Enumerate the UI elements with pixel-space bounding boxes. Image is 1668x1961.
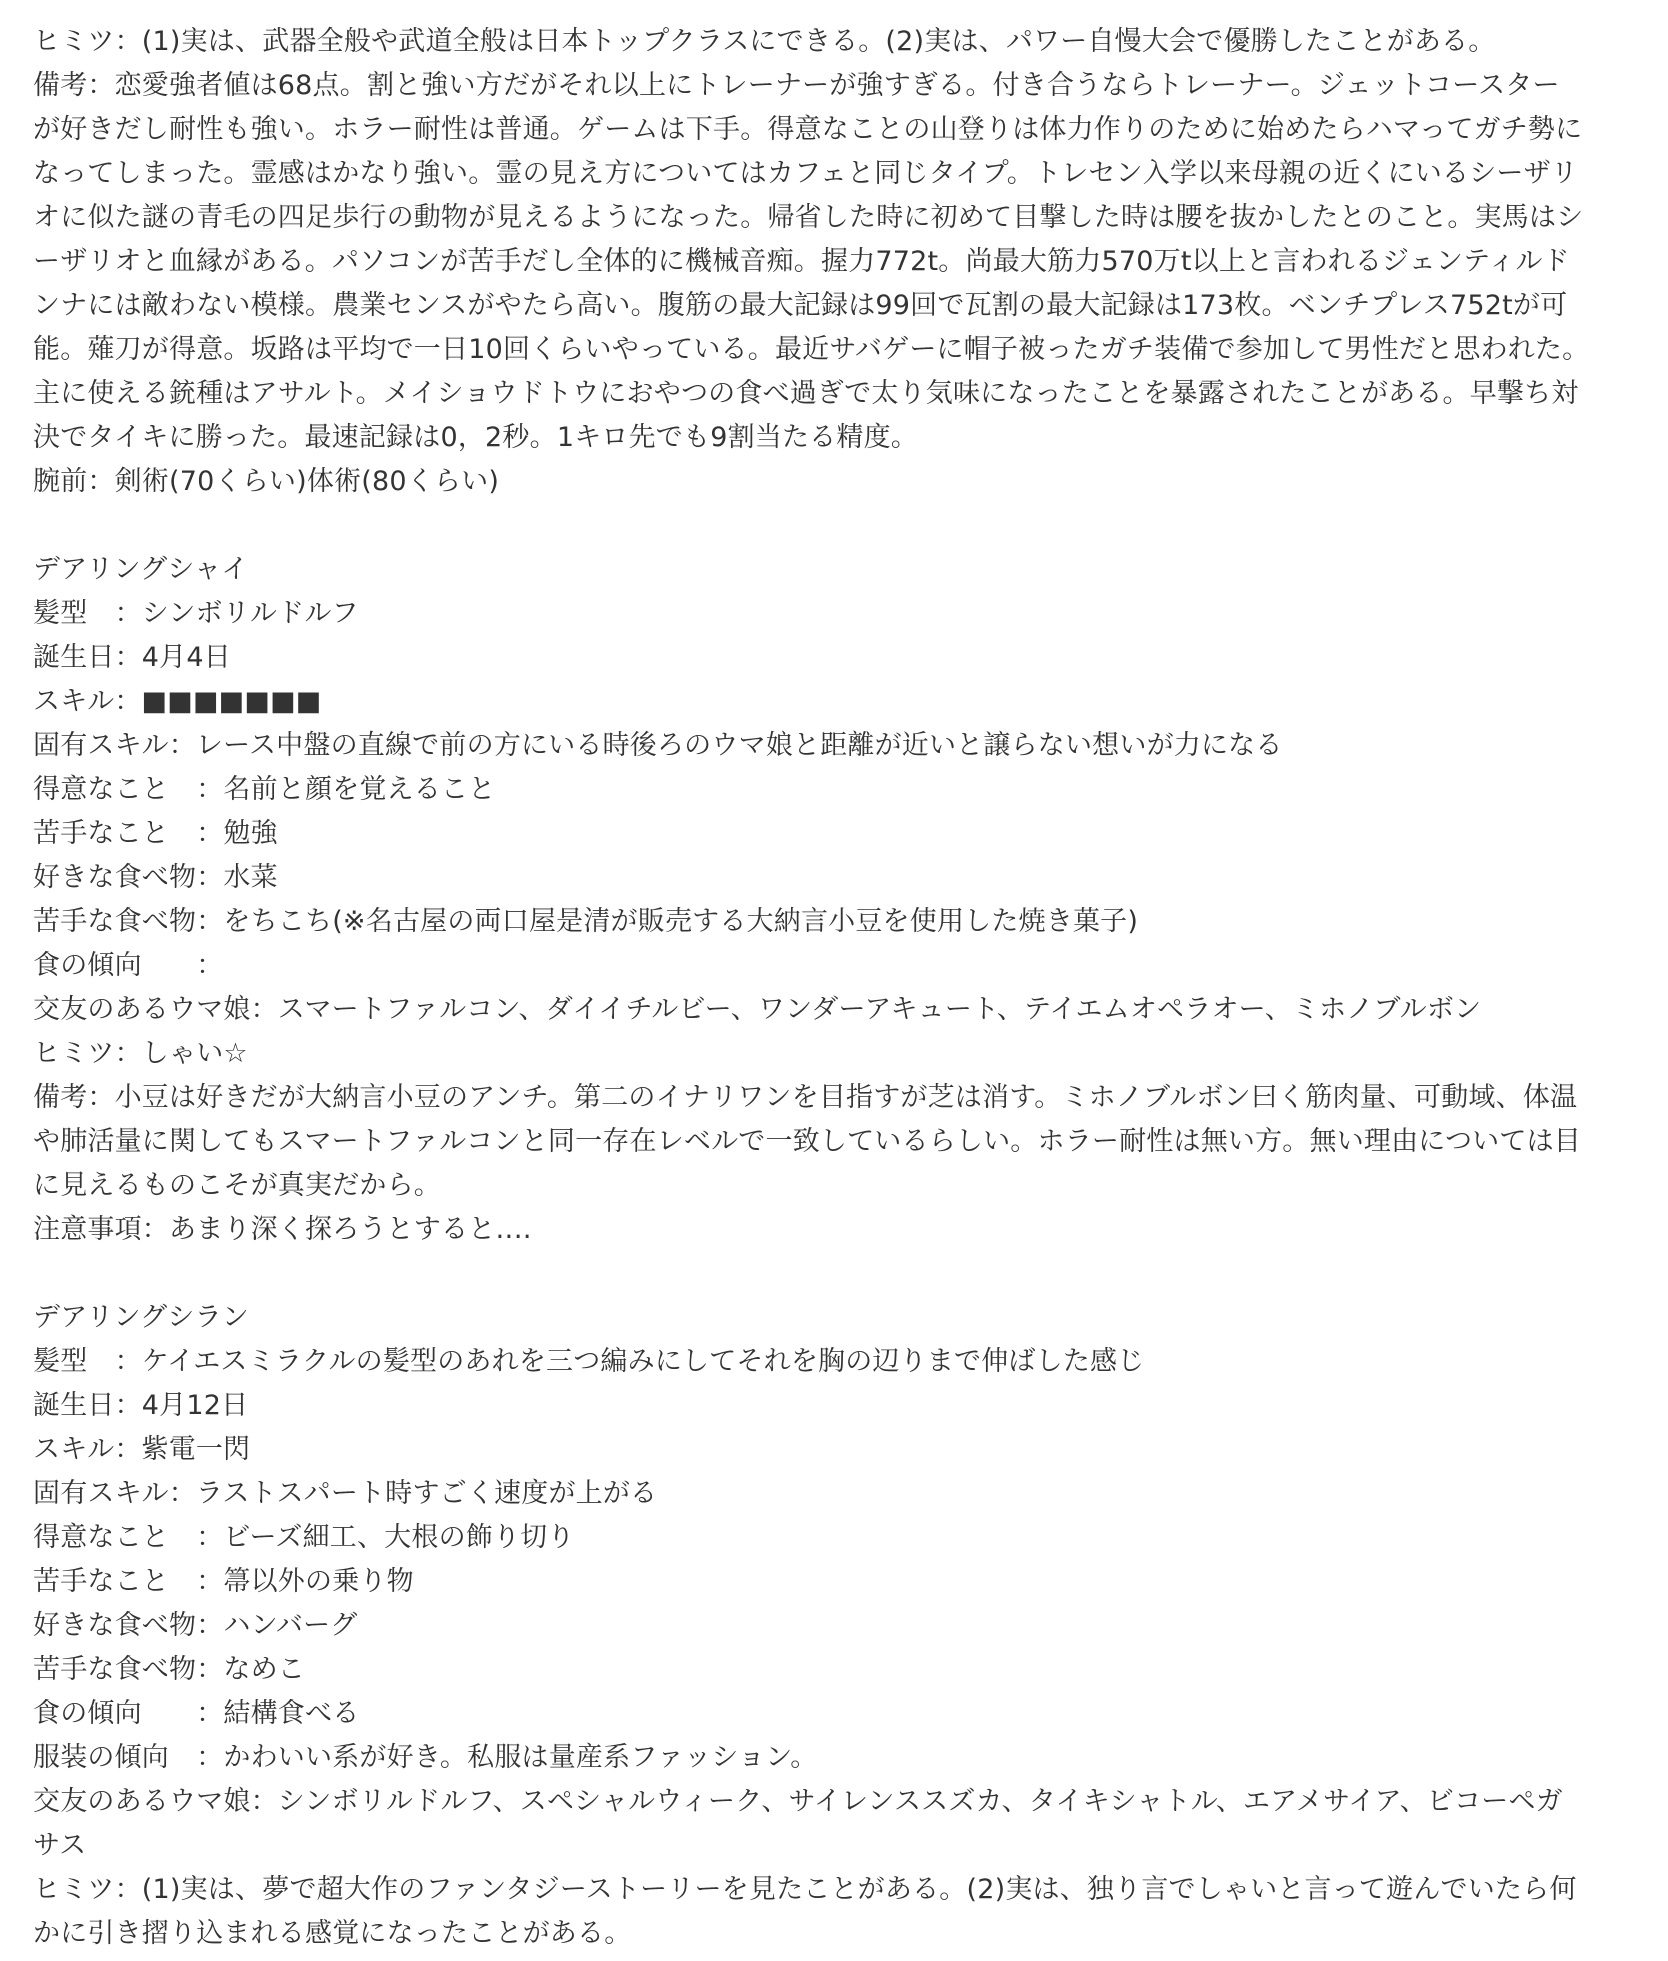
unique-skill-line: 固有スキル：レース中盤の直線で前の方にいる時後ろのウマ娘と距離が近いと譲らない想… [33,724,1643,768]
character-name: デアリングシラン [33,1296,1643,1340]
notes-line: なってしまった。霊感はかなり強い。霊の見え方についてはカフェと同じタイプ。トレセ… [33,152,1643,196]
document-body: ヒミツ：(1)実は、武器全般や武道全般は日本トップクラスにできる。(2)実は、パ… [33,20,1643,1956]
notes-line: ーザリオと血縁がある。パソコンが苦手だし全体的に機械音痴。握力772t。尚最大筋… [33,240,1643,284]
skill-line: スキル：紫電一閃 [33,1428,1643,1472]
unique-skill-line: 固有スキル：ラストスパート時すごく速度が上がる [33,1472,1643,1516]
character-section-3: デアリングシラン 髪型 ：ケイエスミラクルの髪型のあれを三つ編みにしてそれを胸の… [33,1296,1643,1956]
notes-line: 能。薙刀が得意。坂路は平均で一日10回くらいやっている。最近サバゲーに帽子被った… [33,328,1643,372]
favorite-food-line: 好きな食べ物：ハンバーグ [33,1604,1643,1648]
character-section-2: デアリングシャイ 髪型 ：シンボリルドルフ 誕生日：4月4日 スキル：■■■■■… [33,548,1643,1252]
notes-line: 決でタイキに勝った。最速記録は0，2秒。1キロ先でも9割当たる精度。 [33,416,1643,460]
spacer [33,1252,1643,1296]
notes-line: 備考：小豆は好きだが大納言小豆のアンチ。第二のイナリワンを目指すが芝は消す。ミホ… [33,1076,1643,1120]
disliked-food-line: 苦手な食べ物：なめこ [33,1648,1643,1692]
birthday-line: 誕生日：4月4日 [33,636,1643,680]
good-at-line: 得意なこと ：名前と顔を覚えること [33,768,1643,812]
secret-line: かに引き摺り込まれる感覚になったことがある。 [33,1912,1643,1956]
notes-line: や肺活量に関してもスマートファルコンと同一存在レベルで一致しているらしい。ホラー… [33,1120,1643,1164]
favorite-food-line: 好きな食べ物：水菜 [33,856,1643,900]
bad-at-line: 苦手なこと ：箒以外の乗り物 [33,1560,1643,1604]
notes-line: 備考：恋愛強者値は68点。割と強い方だがそれ以上にトレーナーが強すぎる。付き合う… [33,64,1643,108]
skill-level-line: 腕前：剣術(70くらい)体術(80くらい) [33,460,1643,504]
bad-at-line: 苦手なこと ：勉強 [33,812,1643,856]
fashion-line: 服装の傾向 ：かわいい系が好き。私服は量産系ファッション。 [33,1736,1643,1780]
notes-line: が好きだし耐性も強い。ホラー耐性は普通。ゲームは下手。得意なことの山登りは体力作… [33,108,1643,152]
spacer [33,504,1643,548]
character-section-1: ヒミツ：(1)実は、武器全般や武道全般は日本トップクラスにできる。(2)実は、パ… [33,20,1643,504]
skill-line: スキル：■■■■■■■ [33,680,1643,724]
character-name: デアリングシャイ [33,548,1643,592]
caution-line: 注意事項：あまり深く探ろうとすると‥‥ [33,1208,1643,1252]
friends-line: 交友のあるウマ娘：シンボリルドルフ、スペシャルウィーク、サイレンススズカ、タイキ… [33,1780,1643,1824]
friends-line: サス [33,1824,1643,1868]
notes-line: に見えるものこそが真実だから。 [33,1164,1643,1208]
secret-line: ヒミツ：(1)実は、夢で超大作のファンタジーストーリーを見たことがある。(2)実… [33,1868,1643,1912]
notes-line: ンナには敵わない模様。農業センスがやたら高い。腹筋の最大記録は99回で瓦割の最大… [33,284,1643,328]
good-at-line: 得意なこと ：ビーズ細工、大根の飾り切り [33,1516,1643,1560]
eating-habit-line: 食の傾向 ：結構食べる [33,1692,1643,1736]
disliked-food-line: 苦手な食べ物：をちこち(※名古屋の両口屋是清が販売する大納言小豆を使用した焼き菓… [33,900,1643,944]
birthday-line: 誕生日：4月12日 [33,1384,1643,1428]
secret-line: ヒミツ：(1)実は、武器全般や武道全般は日本トップクラスにできる。(2)実は、パ… [33,20,1643,64]
secret-line: ヒミツ：しゃい☆ [33,1032,1643,1076]
friends-line: 交友のあるウマ娘：スマートファルコン、ダイイチルビー、ワンダーアキュート、テイエ… [33,988,1643,1032]
hairstyle-line: 髪型 ：ケイエスミラクルの髪型のあれを三つ編みにしてそれを胸の辺りまで伸ばした感… [33,1340,1643,1384]
notes-line: オに似た謎の青毛の四足歩行の動物が見えるようになった。帰省した時に初めて目撃した… [33,196,1643,240]
hairstyle-line: 髪型 ：シンボリルドルフ [33,592,1643,636]
eating-habit-line: 食の傾向 ： [33,944,1643,988]
notes-line: 主に使える銃種はアサルト。メイショウドトウにおやつの食べ過ぎで太り気味になったこ… [33,372,1643,416]
